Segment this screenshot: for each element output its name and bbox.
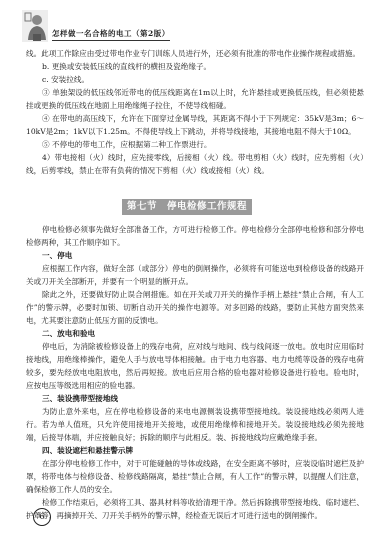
paragraph: 线。此项工作除应由受过带电作业专门训练人员进行外，还必须有批准的带电作业操作规程… bbox=[26, 47, 364, 60]
page-number: 6 bbox=[33, 508, 51, 526]
list-item: c. 安装拉线。 bbox=[26, 73, 364, 86]
paragraph: 停电后，为消除被检修设备上的残存电荷，应对线与地间、线与线间逐一放电。放电时应用… bbox=[26, 340, 364, 392]
book-page: 怎样做一名合格的电工（第2版） 线。此项工作除应由受过带电作业专门训练人员进行外… bbox=[0, 0, 390, 546]
subsection-heading: 四、装设遮栏和悬挂警示牌 bbox=[26, 444, 364, 457]
subsection-heading: 一、停电 bbox=[26, 249, 364, 262]
book-title: 怎样做一名合格的电工（第2版） bbox=[52, 28, 170, 41]
section-intro: 停电检修必须事先做好全部准备工作，方可进行检修工作。停电检修分全部停电检修和部分… bbox=[26, 223, 364, 249]
paragraph: 检修工作结束后，必须将工具、器具材料等收拾清理干净。然后拆除携带型接地线、临时遮… bbox=[26, 496, 364, 522]
section-heading: 第七节停电检修工作规程 bbox=[122, 199, 252, 215]
subsection-heading: 三、装设携带型接地线 bbox=[26, 392, 364, 405]
subsection-heading: 二、放电和验电 bbox=[26, 327, 364, 340]
page-header: 怎样做一名合格的电工（第2版） bbox=[22, 10, 182, 44]
paragraph: 应根据工作内容，做好全部（或部分）停电的倒闸操作，必须将有可能送电到检修设备的线… bbox=[26, 262, 364, 288]
list-item: b. 更换或安装低压线的直线杆的横担及瓷绝缘子。 bbox=[26, 60, 364, 73]
list-item: 4）带电接相（火）线时，应先接零线，后接相（火）线。带电剪相（火）线时，应先剪相… bbox=[26, 151, 364, 177]
paragraph: 除此之外，还要做好防止误合闸措施。如在开关或刀开关的操作手柄上悬挂“禁止合闸，有… bbox=[26, 288, 364, 327]
list-item: ⑤ 不停电的带电工作，应根据第二种工作票进行。 bbox=[26, 138, 364, 151]
electrician-figure-icon bbox=[22, 10, 48, 42]
continued-text: 线。此项工作除应由受过带电作业专门训练人员进行外，还必须有批准的带电作业操作规程… bbox=[26, 47, 364, 177]
section-title: 停电检修工作规程 bbox=[167, 201, 247, 212]
list-item: ③ 单独架设的低压线邻近带电的低压线距离在1m以上时，允许悬挂或更换低压线，但必… bbox=[26, 86, 364, 112]
section-number: 第七节 bbox=[127, 201, 157, 212]
list-item: ④ 在带电的高压线下，允许在下面穿过金属导线，其距离不得小于下列规定：35kV是… bbox=[26, 112, 364, 138]
paragraph: 为防止意外来电，应在停电检修设备的来电电源侧装设携带型接地线。装设接地线必须两人… bbox=[26, 405, 364, 444]
paragraph: 在部分停电检修工作中，对于可能碰触的导体或线路，在安全距离不够时，应装设临时遮栏… bbox=[26, 457, 364, 496]
section-body: 停电检修必须事先做好全部准备工作，方可进行检修工作。停电检修分全部停电检修和部分… bbox=[26, 223, 364, 522]
